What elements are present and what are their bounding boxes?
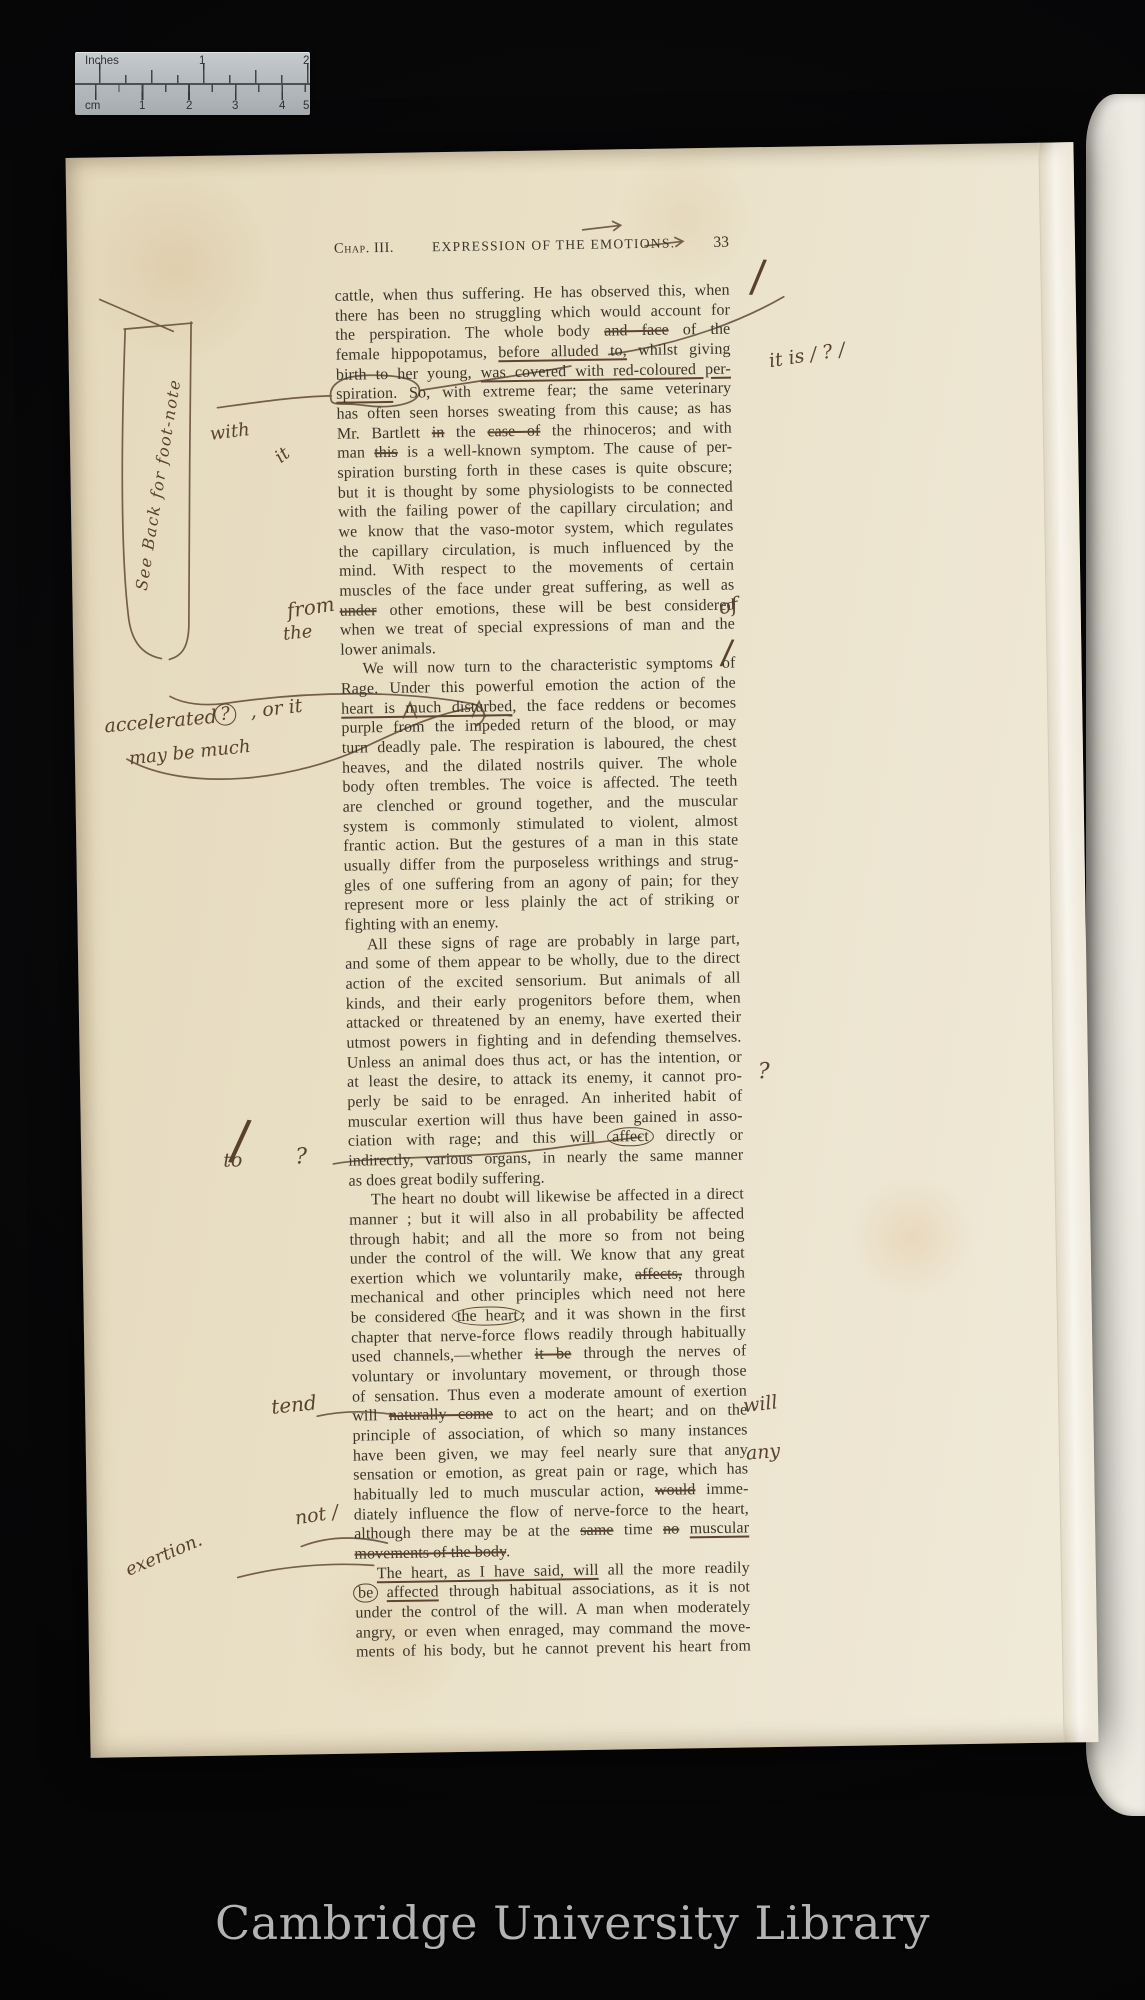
- heart-underline-lead: [238, 1564, 374, 1578]
- text-segment: to act on the heart; and on the: [493, 1402, 748, 1423]
- margin-note-may-be-much: may be much: [128, 738, 251, 768]
- ruler-cm-number: 4: [279, 100, 285, 112]
- margin-note-any: any: [745, 1442, 781, 1464]
- edited-text-segment: was covered with red-coloured per-: [481, 360, 731, 381]
- margin-note-accelerated: accelerated: [104, 708, 218, 737]
- edited-text-segment: affect: [607, 1127, 654, 1147]
- margin-bracket-tail: [100, 298, 174, 332]
- text-segment: [376, 1584, 387, 1601]
- accelerated-connector: [170, 696, 224, 706]
- edited-text-segment: affected: [387, 1584, 439, 1602]
- edited-text-segment: spiration: [336, 385, 393, 403]
- ruler-inch-number: 1: [199, 55, 205, 67]
- margin-note-the: the: [282, 623, 313, 644]
- edited-text-segment: would: [655, 1481, 696, 1499]
- text-segment: fighting with an enemy.: [344, 914, 498, 933]
- underline-left-extension: [217, 396, 331, 408]
- margin-note-or-it: , or it: [249, 697, 303, 722]
- text-segment: through the nerves of: [571, 1343, 746, 1363]
- margin-note-from: from: [285, 594, 335, 621]
- edited-text-segment: heart is much disturbed: [341, 698, 512, 718]
- ruler-cm-scale: cm 1 2 3 4 5: [75, 84, 310, 115]
- ruler-cm-number: 2: [186, 100, 192, 112]
- margin-slash-mark: /: [228, 1112, 253, 1168]
- text-segment: of the: [669, 321, 731, 339]
- text-segment: imme-: [695, 1480, 748, 1498]
- margin-note-it: it: [272, 445, 293, 467]
- edited-text-segment: under: [340, 602, 377, 620]
- text-segment: used channels,—whether: [351, 1346, 535, 1366]
- margin-note-will: will: [742, 1393, 779, 1416]
- text-segment: as does great bodily suffering.: [348, 1169, 544, 1189]
- page-header: Chap. III. EXPRESSION OF THE EMOTIONS. 3…: [334, 234, 729, 258]
- text-segment: habitually led to much muscular action,: [353, 1482, 655, 1504]
- text-segment: whilst giving: [627, 341, 731, 360]
- edited-text-segment: it be: [535, 1346, 572, 1364]
- edited-text-segment: this: [374, 444, 398, 461]
- text-segment: directly or: [652, 1127, 743, 1145]
- ruler-inch-number: 2: [303, 55, 309, 67]
- edited-text-segment: be: [353, 1584, 379, 1603]
- text-segment: ; and it was shown in the first: [521, 1304, 746, 1325]
- edited-text-segment: no: [663, 1521, 679, 1538]
- margin-query-mark: ?: [758, 1061, 770, 1083]
- text-segment: the perspiration. The whole body: [335, 323, 604, 344]
- ruler-inches-label: Inches: [85, 55, 119, 67]
- library-watermark: Cambridge University Library: [0, 1896, 1145, 1950]
- margin-note-of: of: [717, 594, 740, 617]
- text-segment: ciation with rage; and this will: [348, 1129, 609, 1150]
- margin-note-exertion: exertion.: [123, 1532, 205, 1580]
- text-segment: be considered: [351, 1308, 454, 1327]
- edited-text-segment: before alluded to,: [498, 342, 627, 361]
- text-segment: through: [682, 1264, 745, 1282]
- edited-text-segment: case of: [487, 422, 540, 440]
- printed-text-block: cattle, when thus suffering. He has obse…: [335, 281, 752, 1663]
- text-segment: the rhinoceros; and with: [540, 419, 732, 439]
- text-segment: birth to her young,: [336, 364, 481, 383]
- edited-text-segment: same: [580, 1522, 614, 1540]
- text-segment: .: [506, 1543, 510, 1560]
- ruler-cm-number: 3: [232, 100, 238, 112]
- edited-text-segment: movements of the body: [354, 1543, 506, 1562]
- ruler-cm-number: 1: [139, 100, 145, 112]
- page-number: 33: [713, 234, 729, 252]
- text-segment: Mr. Bartlett: [337, 424, 432, 442]
- edited-text-segment: in: [432, 424, 445, 441]
- chapter-label: Chap. III.: [334, 240, 394, 258]
- edited-text-segment: the heart: [452, 1306, 523, 1326]
- text-segment: exertion which we voluntarily make,: [350, 1266, 635, 1287]
- text-segment: although there may be at the: [354, 1522, 580, 1543]
- margin-slash-mark: /: [749, 255, 768, 300]
- ruler-cm-number: 5: [303, 100, 309, 112]
- text-segment: the: [444, 423, 487, 441]
- running-title: EXPRESSION OF THE EMOTIONS.: [394, 235, 714, 256]
- text-segment: man: [337, 444, 374, 462]
- text-segment: ments of his body, but he cannot prevent…: [356, 1638, 751, 1661]
- edited-text-segment: naturally come: [389, 1406, 493, 1425]
- margin-note-with: with: [209, 421, 251, 444]
- header-arrow: [583, 221, 621, 231]
- text-segment: time: [613, 1521, 663, 1539]
- text-segment: , the face reddens or becomes: [512, 694, 736, 715]
- text-segment: female hippopotamus,: [335, 344, 498, 364]
- edited-text-segment: and face: [604, 322, 669, 340]
- margin-note-see-back: See Back for foot-note: [124, 317, 193, 651]
- margin-query-mark: ?: [295, 1146, 307, 1168]
- margin-note-tend: tend: [270, 1392, 317, 1417]
- ruler-cm-label: cm: [85, 100, 100, 112]
- text-segment: will: [352, 1407, 389, 1425]
- edited-text-segment: muscular: [690, 1520, 750, 1538]
- edited-text-segment: The heart, as I have said, will: [377, 1561, 599, 1581]
- book-page: Chap. III. EXPRESSION OF THE EMOTIONS. 3…: [65, 142, 1098, 1758]
- margin-note-not: not /: [294, 1503, 340, 1529]
- measurement-ruler: Inches 1 2 cm 1 2 3 4 5: [75, 52, 310, 115]
- text-segment: all the more readily: [598, 1559, 749, 1578]
- margin-note-it-is: it is / ? /: [768, 341, 847, 372]
- ruler-inch-scale: Inches 1 2: [75, 52, 310, 83]
- edited-text-segment: affects,: [635, 1265, 682, 1283]
- text-segment: lower animals.: [340, 640, 436, 658]
- text-segment: [679, 1521, 690, 1538]
